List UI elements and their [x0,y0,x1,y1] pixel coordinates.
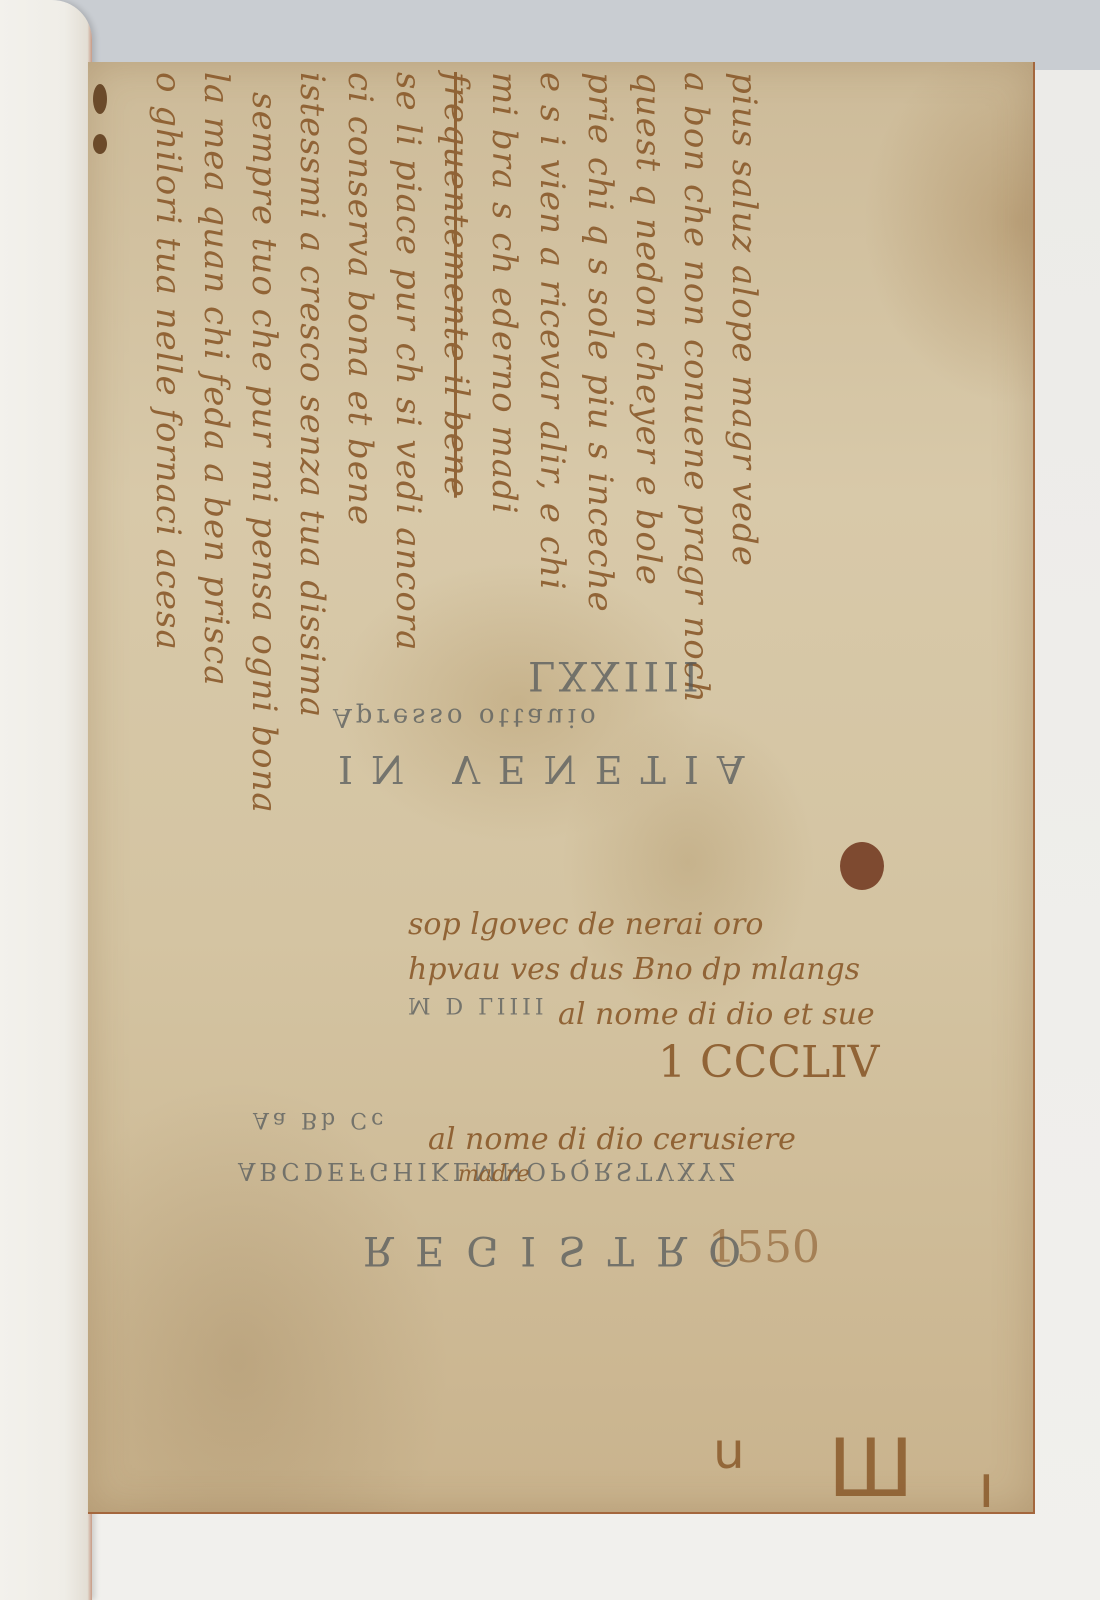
ink-mark: u [713,1422,745,1480]
manuscript-line: ci conserva bona et bene [340,72,380,526]
manuscript-line: la mea quan chi feda a ben prisca [196,72,236,687]
printed-showthrough: M D LIIII [408,992,548,1017]
manuscript-line: e s i vien a ricevar alir, e chi [532,72,572,591]
ink-mark: Ш [828,1422,914,1515]
worm-hole [93,134,107,154]
printed-showthrough: LXXIIII [528,652,703,698]
manuscript-line: quest q nedon cheyer e bole [628,72,668,586]
manuscript-text: hpvau ves dus Bno dp mlangs [408,952,860,987]
worm-hole [93,84,107,114]
manuscript-line: sempre tuo che pur mi pensa ogni bona [244,92,284,814]
printed-showthrough: Apresso ottauio [333,702,600,732]
manuscript-text: sop lgovec de nerai oro [408,907,764,942]
printed-showthrough: Aa Bb Cc [253,1107,387,1132]
printed-showthrough: IN VENETIA [338,747,762,791]
manuscript-text: madre [458,1162,530,1187]
manuscript-line: istessmi a cresco senza tua dissima [292,72,332,718]
manuscript-line: o ghilori tua nelle fornaci acesa [148,72,188,651]
vellum-leaf: o ghilori tua nelle fornaci acesa la mea… [88,62,1035,1514]
manuscript-text: al nome di dio cerusiere [428,1122,796,1157]
manuscript-line: pius saluz alope magr vede [724,72,764,567]
ink-stain [840,842,884,890]
manuscript-line: se li piace pur ch si vedi ancora [388,72,428,651]
manuscript-figure: 1550 [708,1222,820,1273]
manuscript-line: frequentemente il bene [436,72,476,498]
manuscript-line: a bon che non conuene pragr noch [676,72,716,704]
manuscript-line: prie chi q s sole piu s inceche [580,72,620,613]
manuscript-line: mi bra s ch ederno madi [484,72,524,515]
manuscript-text: al nome di dio et sue [558,997,875,1032]
manuscript-date: 1 CCCLIV [658,1037,879,1088]
ink-mark: ı [978,1452,995,1522]
printed-showthrough: REGISTRO [363,1227,763,1273]
flyleaf-page [0,0,92,1600]
